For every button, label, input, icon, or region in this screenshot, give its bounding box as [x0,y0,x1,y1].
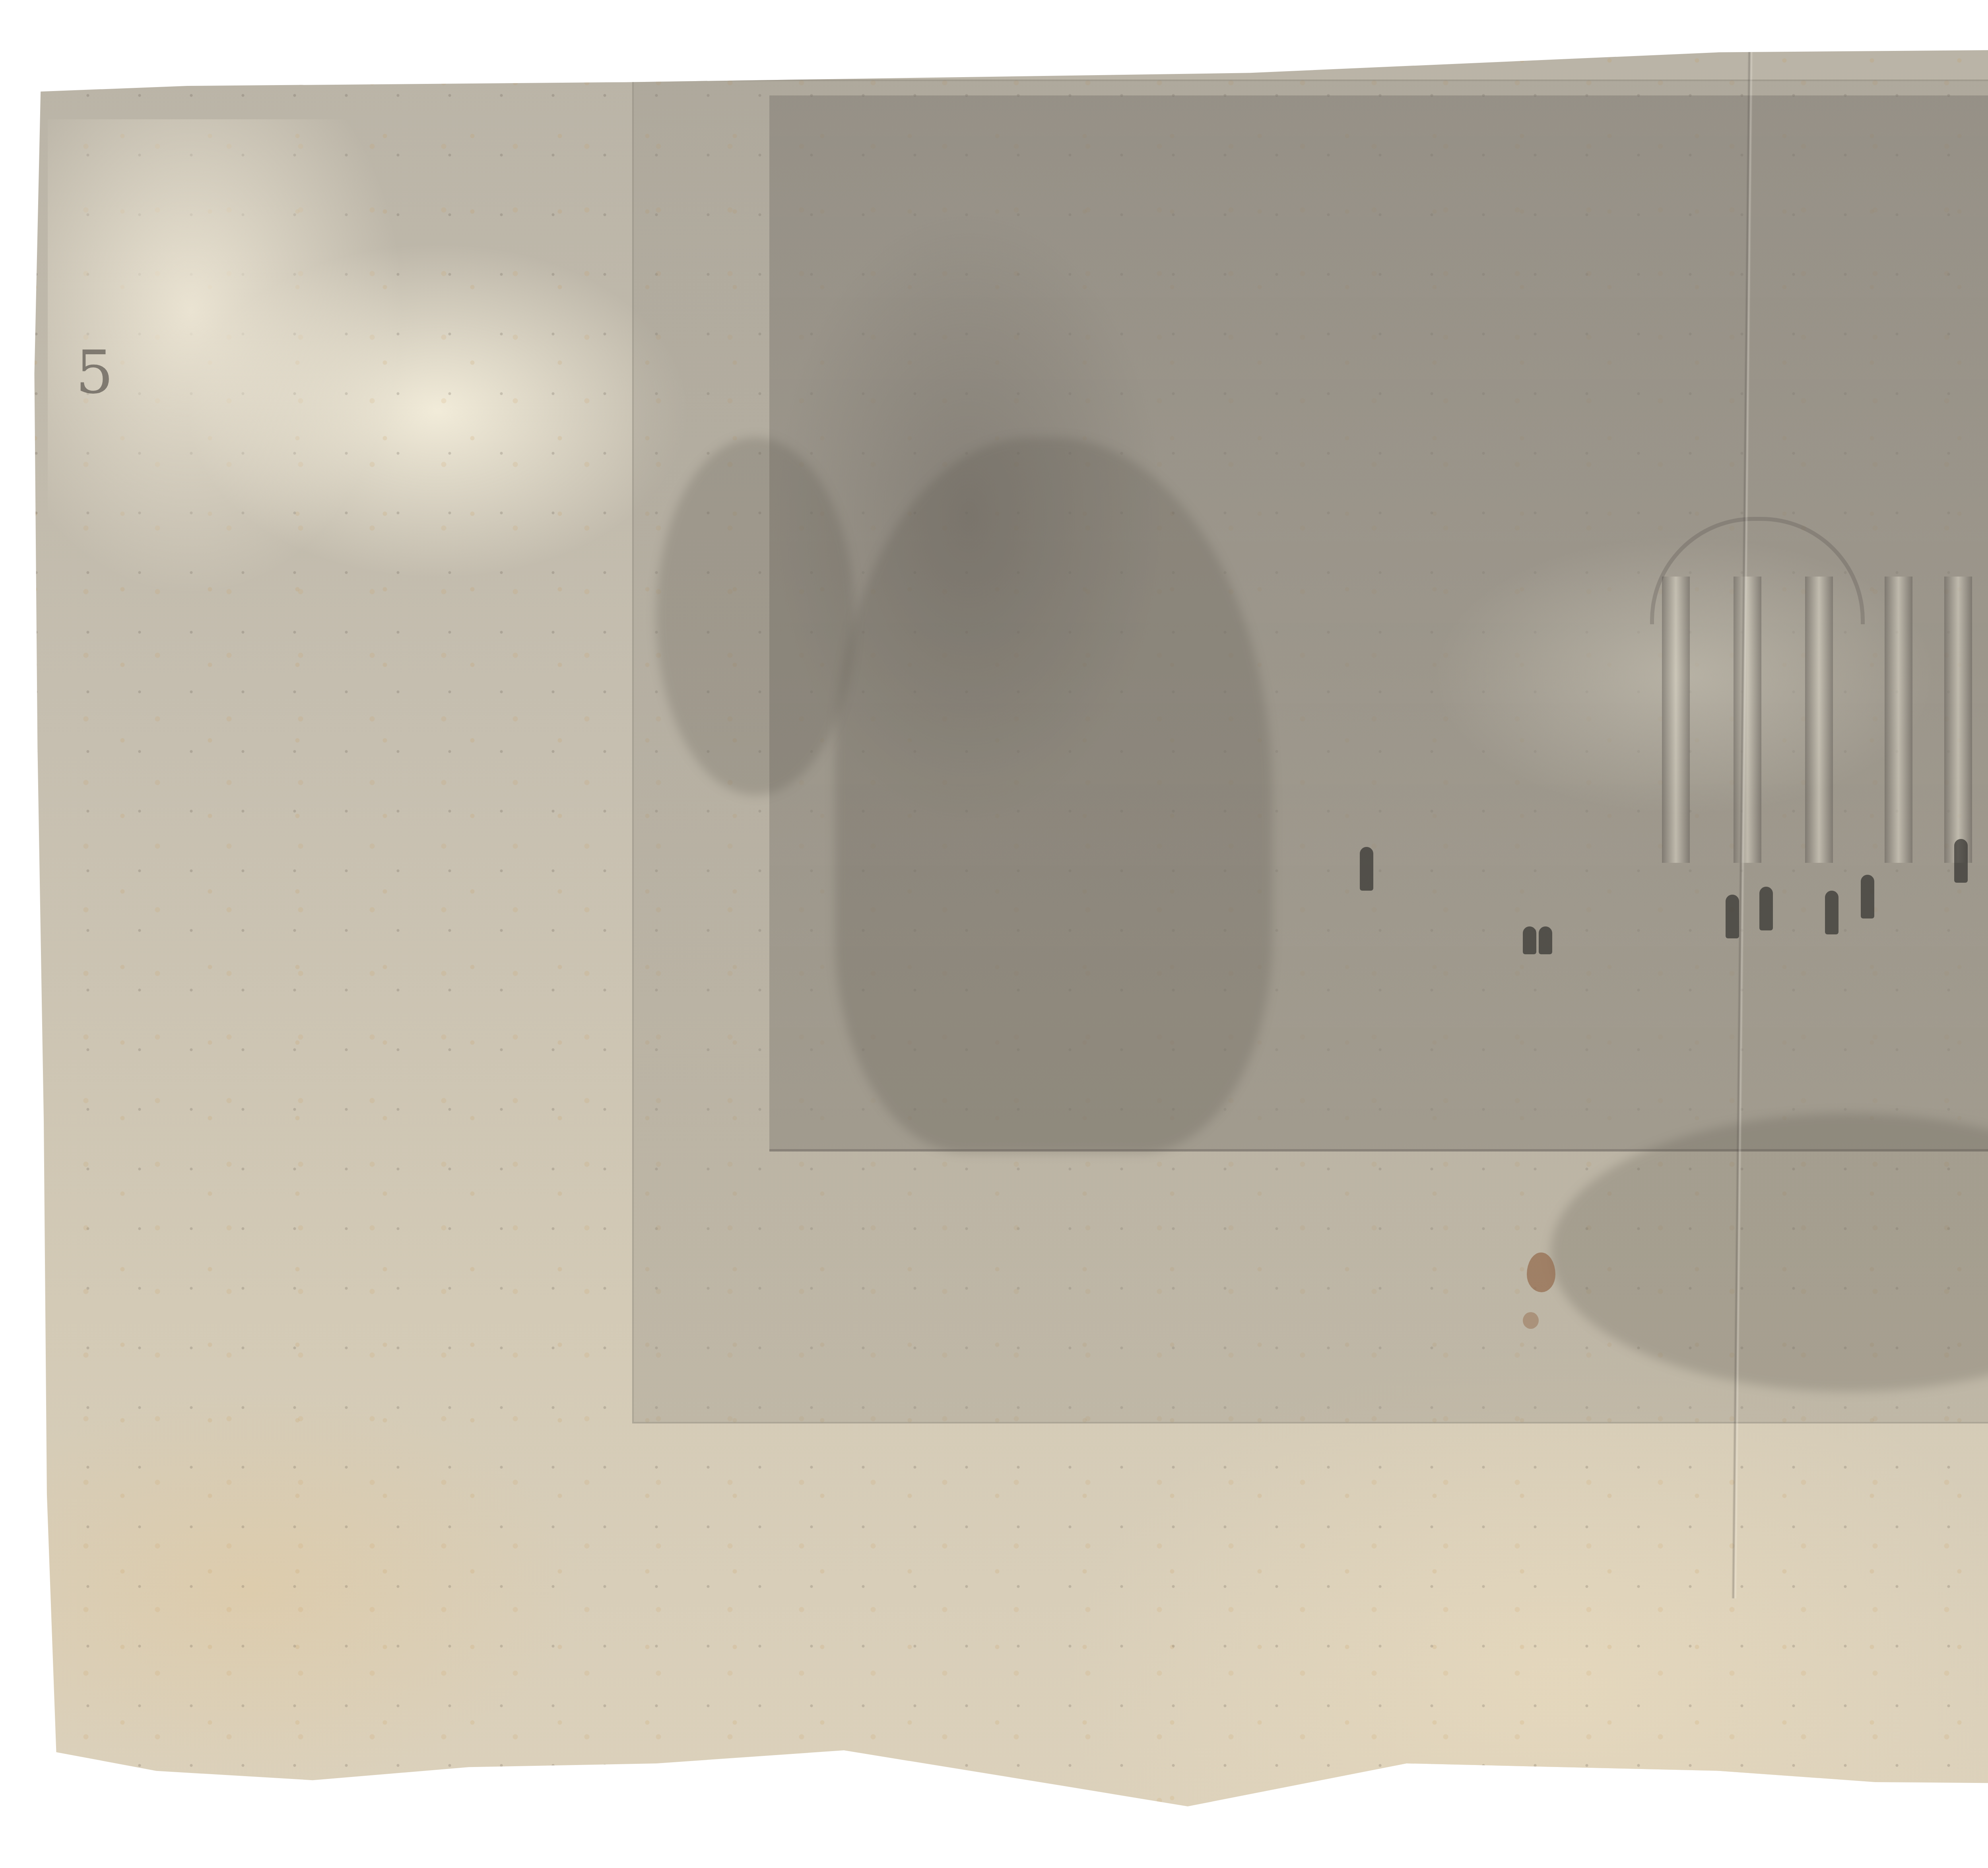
foreground-figure-left-2 [656,437,855,795]
small-figure [1523,926,1536,954]
brown-stain-small [1523,1312,1539,1329]
corner-mark: 5 [76,338,113,407]
small-figure [1360,847,1373,891]
column [1885,577,1912,863]
brown-stain [1527,1252,1555,1292]
foreground-figure-left [835,437,1272,1153]
small-figure [1861,875,1874,918]
small-figure [1539,926,1552,954]
column [1944,577,1972,863]
column [1805,577,1833,863]
small-figure [1726,895,1739,938]
column [1662,577,1690,863]
column [1734,577,1761,863]
paper-sheet: 5 [0,0,1988,1868]
small-figure [1954,839,1968,883]
small-figure [1825,891,1839,934]
small-figure [1759,887,1773,930]
colonnade [1630,577,1988,895]
